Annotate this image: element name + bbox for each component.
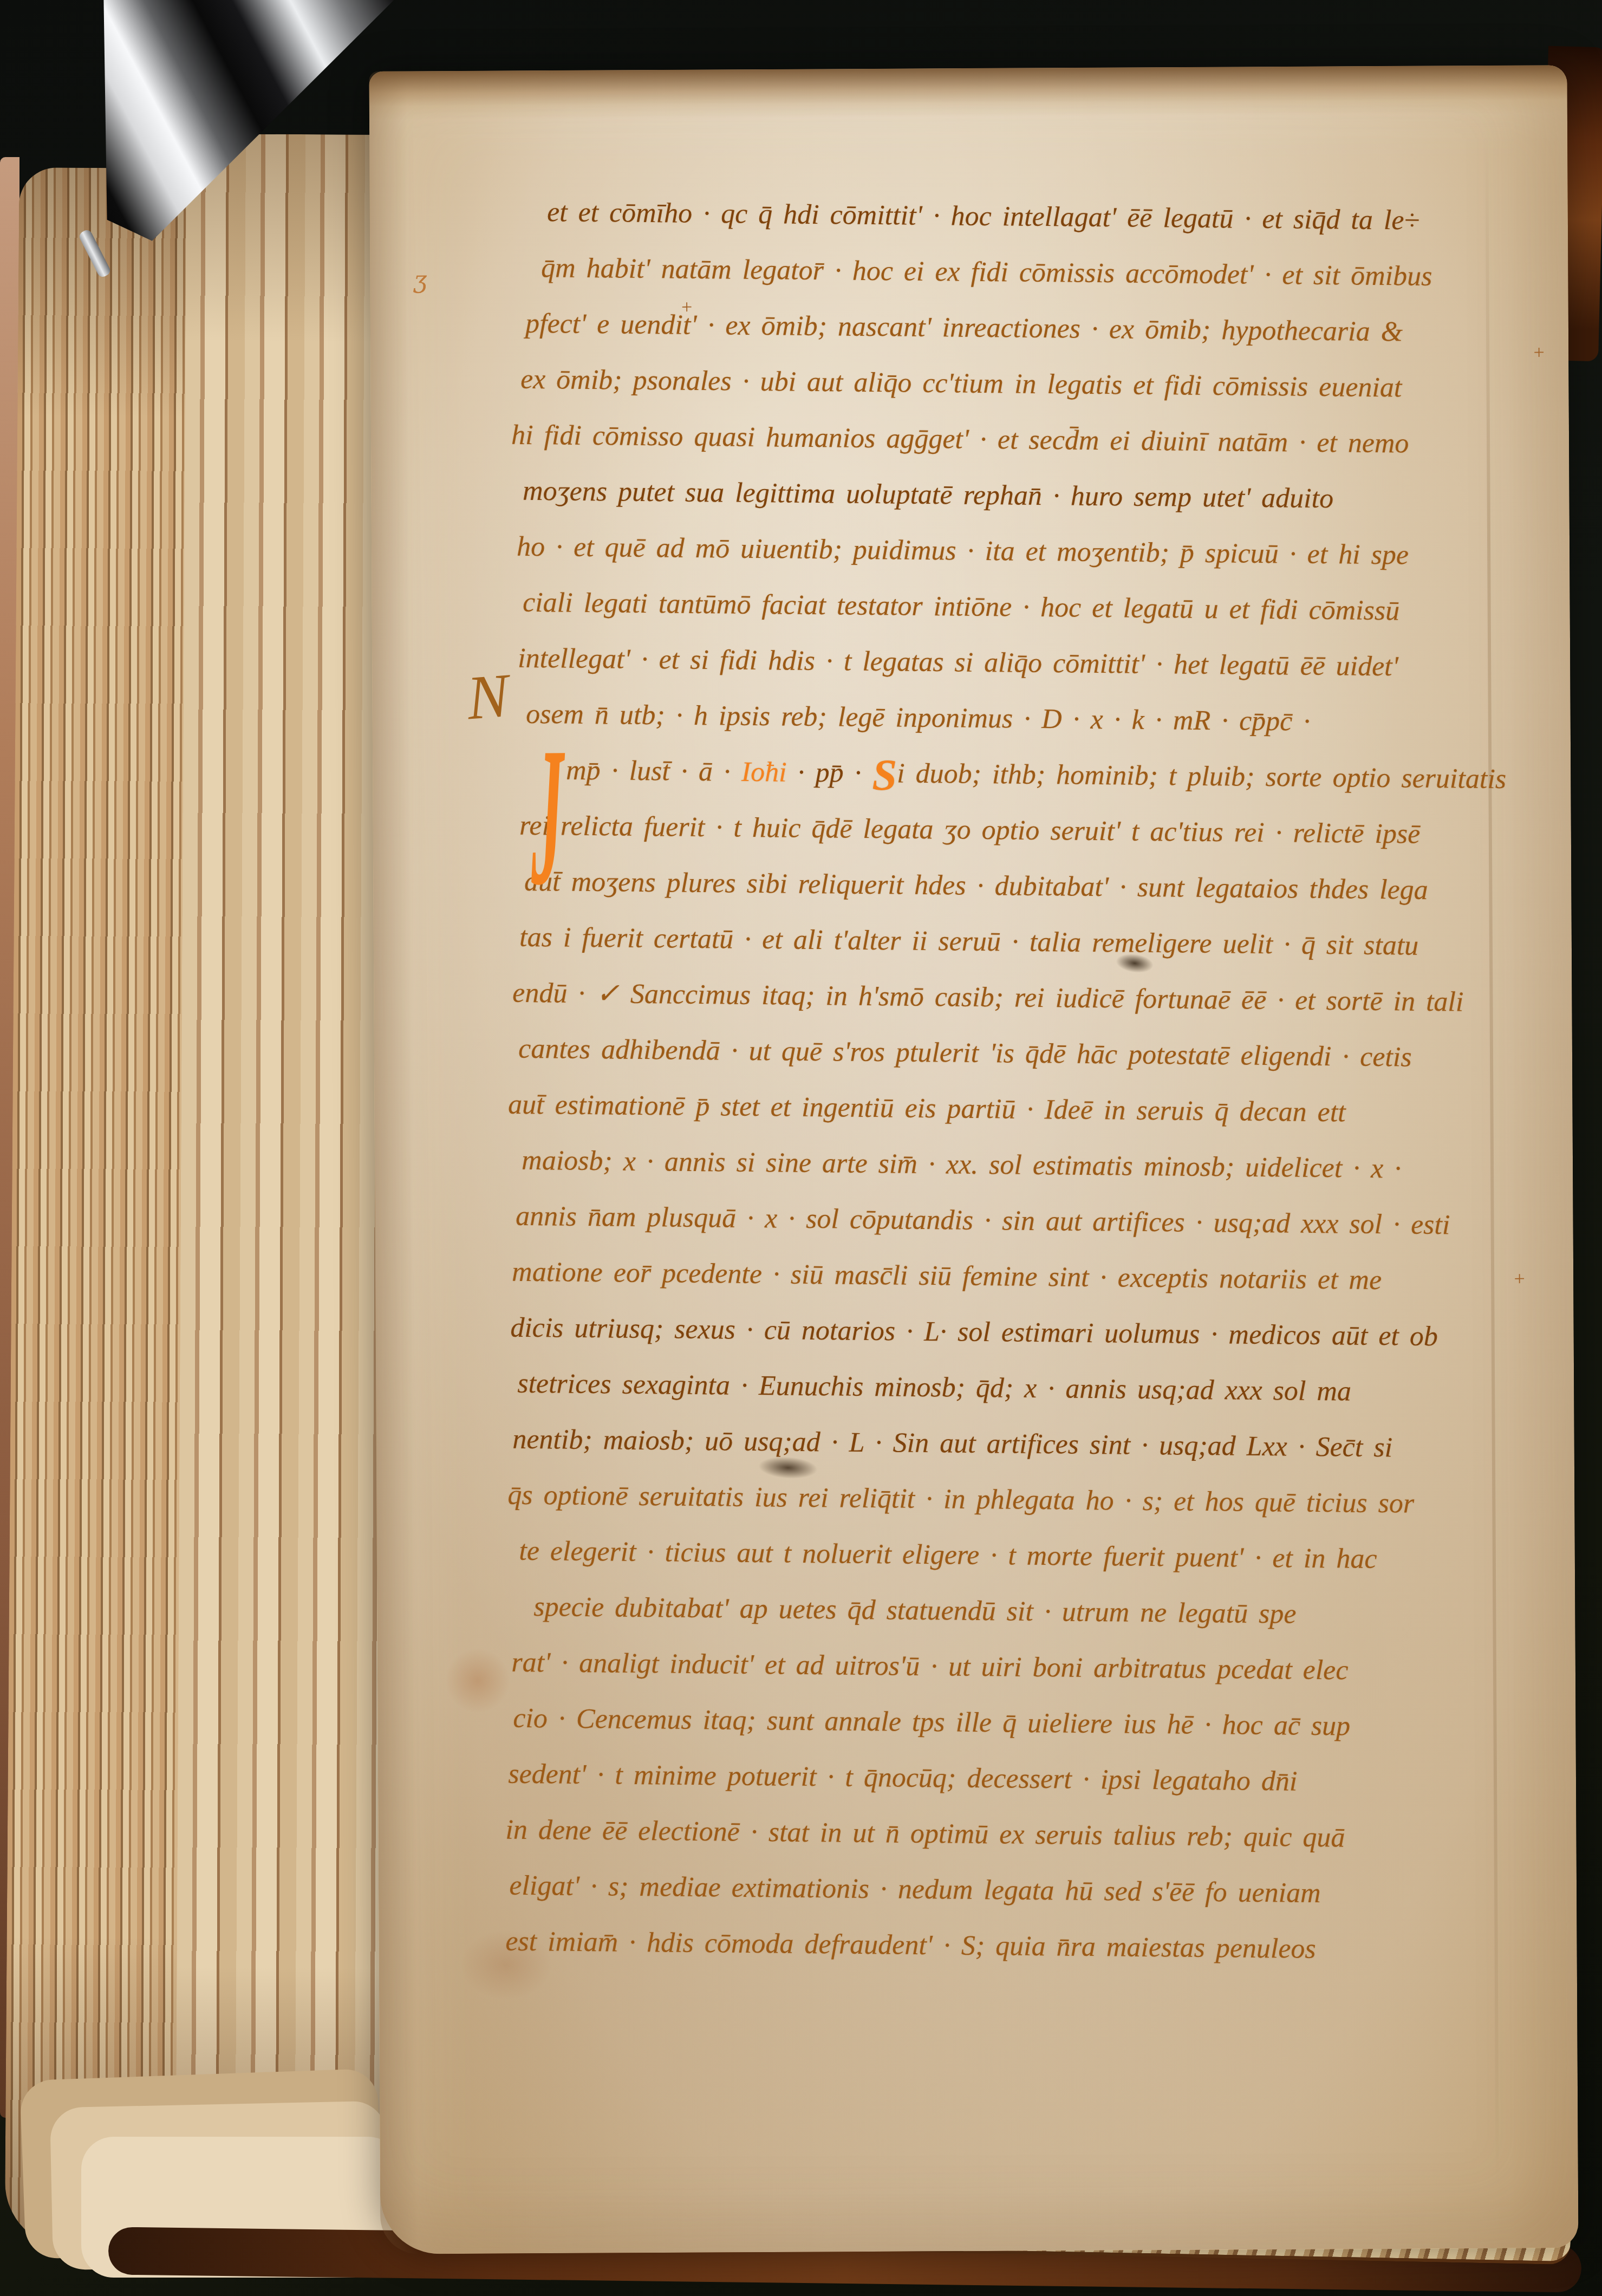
margin-mark: ʒ — [413, 268, 427, 292]
text-line: te elegerit · ticius aut t noluerit elig… — [519, 1523, 1547, 1589]
text-line: hi fidi cōmisso quasi humanios agḡget' ·… — [511, 407, 1558, 473]
text-line: q̄s optionē seruitatis ius rei reliq̄tit… — [507, 1467, 1548, 1533]
text-line: rei relicta fuerit · t huic q̄dē legata … — [519, 798, 1554, 863]
text-segment: S — [872, 750, 897, 799]
text-line: osem n̄ utb; · h ipsis reb; legē inponim… — [526, 686, 1555, 752]
marginal-initial-n: N — [465, 664, 511, 729]
text-line: in dene ēē electionē · stat in ut n̄ opt… — [505, 1802, 1545, 1868]
text-line: et et cōmīho · qc q̄ hdi cōmittit' · hoc… — [547, 184, 1560, 250]
text-line: intellegat' · et si fidi hdis · t legata… — [518, 630, 1556, 696]
underlying-leaf-edges — [175, 134, 395, 2217]
text-line: aut̄ moʒens plures sibi reliquerit hdes … — [524, 854, 1554, 919]
interlinear-cross-mark: + — [1513, 1269, 1526, 1289]
manuscript-page: et et cōmīho · qc q̄ hdi cōmittit' · hoc… — [369, 65, 1578, 2254]
text-line: eligat' · s; mediae extimationis · nedum… — [509, 1858, 1544, 1923]
text-line: matione eor̄ pcedente · siū masc̄li siū … — [512, 1244, 1550, 1310]
text-block: et et cōmīho · qc q̄ hdi cōmittit' · hoc… — [525, 184, 1560, 1979]
text-segment: i duob; ithb; hominib; t pluib; sorte op… — [897, 758, 1506, 795]
text-line: specie dubitabat' ap uetes q̄d statuendū… — [533, 1579, 1547, 1644]
text-line: mp̄ · lust̄ · ā · Ioħi · pp̄ · Si duob; … — [566, 743, 1555, 808]
text-line: endū · ✓ Sanccimus itaq; in h'smō casib;… — [512, 965, 1553, 1031]
text-segment: mp̄ · lust̄ · ā · — [566, 755, 741, 788]
text-line: sedent' · t minime potuerit · t q̄nocūq;… — [508, 1746, 1545, 1812]
text-line: annis n̄am plusquā · x · sol cōputandis … — [516, 1188, 1551, 1254]
text-line: moʒens putet sua legittima uoluptatē rep… — [523, 463, 1558, 529]
rubric-initial-i: J — [531, 718, 564, 916]
text-segment: Ioħi — [741, 757, 787, 788]
page-edges-stack — [5, 167, 193, 2248]
interlinear-cross-mark: + — [680, 297, 693, 317]
text-line: q̄m habit' natām legator̄ · hoc ei ex fi… — [541, 240, 1560, 305]
parchment-stain — [460, 1929, 552, 2000]
text-line: tas i fuerit certatū · et ali t'alter ii… — [519, 909, 1553, 975]
text-line: ho · et quē ad mō uiuentib; puidimus · i… — [517, 519, 1557, 584]
text-line: rat' · analigt inducit' et ad uitros'ū ·… — [511, 1635, 1546, 1700]
text-line: aut̄ estimationē p̄ stet et ingentiū eis… — [508, 1077, 1552, 1142]
text-line: maiosb; x · annis si sine arte sim̄ · xx… — [522, 1133, 1551, 1198]
text-segment: · pp̄ · — [786, 757, 872, 789]
text-line: cantes adhibendā · ut quē s'ros ptulerit… — [518, 1021, 1552, 1087]
text-line: stetrices sexaginta · Eunuchis minosb; q… — [517, 1356, 1549, 1421]
text-line: cio · Cencemus itaq; sunt annale tps ill… — [513, 1690, 1546, 1756]
text-line: est imiam̄ · hdis cōmoda defraudent' · S… — [505, 1914, 1544, 1979]
text-line: ciali legati tantūmō faciat testator int… — [523, 575, 1557, 640]
parchment-stain — [445, 1648, 511, 1713]
text-line: dicis utriusq; sexus · cū notarios · L· … — [510, 1300, 1549, 1365]
manuscript-photograph: et et cōmīho · qc q̄ hdi cōmittit' · hoc… — [0, 0, 1602, 2296]
text-line: nentib; maiosb; uō usq;ad · L · Sin aut … — [512, 1412, 1548, 1477]
text-line: ex ōmib; psonales · ubi aut aliq̄o cc'ti… — [520, 352, 1559, 417]
interlinear-cross-mark: + — [1532, 342, 1545, 362]
